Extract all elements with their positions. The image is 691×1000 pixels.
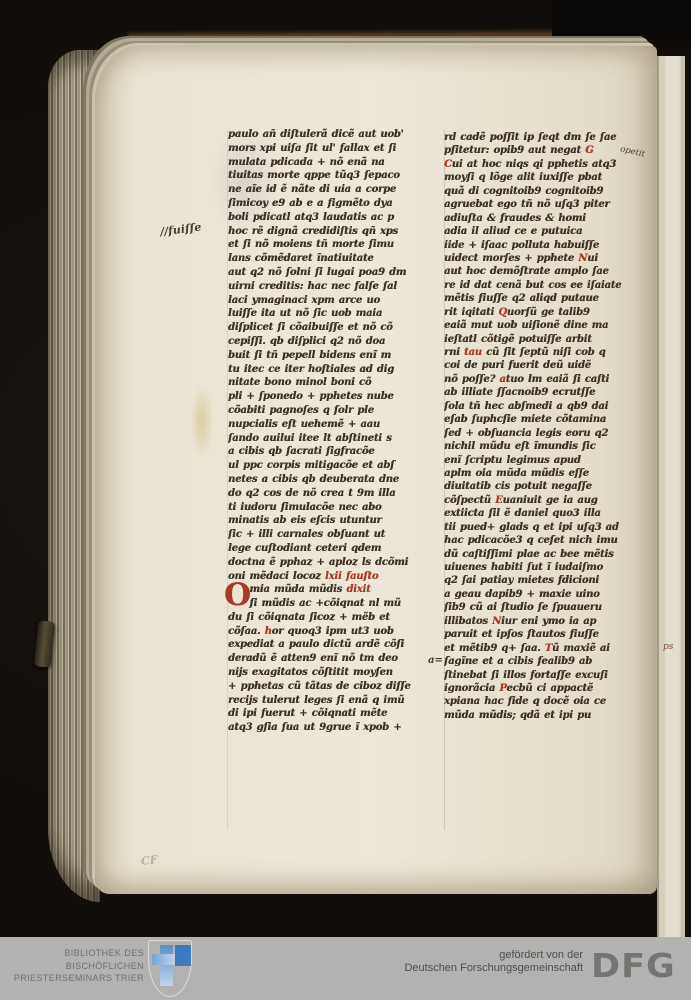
manuscript-line: oni mẽdaci locoz lxii fauſto (228, 570, 444, 584)
manuscript-line: diuitatib cis potuit negaſſe (444, 480, 642, 493)
rubricated-initial: O (224, 580, 251, 610)
facing-page-edge (657, 56, 685, 937)
rubric-text: T (545, 643, 552, 654)
manuscript-line: + pphetas cũ tãtas de ciboz diſſe (228, 680, 444, 694)
pencil-mark: CF (140, 853, 158, 868)
manuscript-line: cõſpectũ Euaniuit ge ia aug (444, 494, 642, 507)
manuscript-line: ſi mũdis ac +cõiqnat nl mũ (228, 597, 444, 611)
manuscript-line: et ſi nõ moiens tñ morte ſimu (228, 238, 444, 252)
manuscript-line: ſola tñ hec abſmedi a qb9 dai (444, 400, 642, 413)
manuscript-line: di ipi fuerut + cõiqnati mẽte (228, 707, 444, 721)
funding-credit-line1: gefördert von der (350, 949, 583, 962)
rubric-text: N (492, 616, 501, 627)
manuscript-line: ſando auilui itee lt abſtineti s (228, 432, 444, 446)
manuscript-line: mulata pdicada + nõ enã na (228, 156, 444, 170)
library-name: BIBLIOTHEK DES BISCHÖFLICHEN PRIESTERSEM… (2, 947, 144, 985)
edge-mark: ps (663, 642, 673, 652)
manuscript-line: diſplicet ſi cõaibuiſſe et nõ cõ (228, 321, 444, 335)
manuscript-line: nitate bono minol boni cõ (228, 376, 444, 390)
manuscript-line: expediat a paulo dictũ ardẽ cõſi (228, 638, 444, 652)
dfg-logo: DFG (591, 946, 676, 985)
manuscript-line: mia mũda mũdis dixit (228, 583, 444, 597)
manuscript-line: boli pdicatl atq3 laudatis ac p (228, 211, 444, 225)
manuscript-line: du ſi cõiqnata ſicoz + mẽb et (228, 611, 444, 625)
manuscript-line: dũ caſtiſſimi plae ac bee mẽtis (444, 548, 642, 561)
manuscript-line: coi de puri fuerit deũ uidẽ (444, 359, 642, 372)
manuscript-line: mẽtis fiuſſe q2 aliqd putaue (444, 292, 642, 305)
manuscript-line: pſitetur: opib9 aut negat G (444, 144, 642, 157)
manuscript-line: enĩ ſcriptu legimus apud (444, 454, 642, 467)
parchment-stain (191, 386, 213, 456)
manuscript-line: xpiana hac fide q docẽ oia ce (444, 695, 642, 708)
manuscript-line: ſimicoy e9 ab e a figmẽto dya (228, 197, 444, 211)
manuscript-line: uiuenes habiti ſut ĩ iudaiſmo (444, 561, 642, 574)
manuscript-line: ti iudoru ſimulacõe nec abo (228, 501, 444, 515)
manuscript-line: lege cuſtodiant ceteri qdem (228, 542, 444, 556)
manuscript-line: hac pdicacõe3 q ceſet nich imu (444, 534, 642, 547)
manuscript-line: cõſaa. hor quoq3 ipm ut3 uob (228, 625, 444, 639)
manuscript-line: aut q2 nõ ſolni ſi lugai poa9 dm (228, 266, 444, 280)
library-shield-icon (147, 940, 193, 997)
text-column-right: rd cadẽ poſſit ip ſeqt dm ſe ſaepſitetur… (444, 131, 642, 722)
manuscript-line: ſib9 cũ ai ſtudio ſe ſpuaueru (444, 601, 642, 614)
manuscript-line: extiicta ſil ẽ daniel quo3 illa (444, 507, 642, 520)
manuscript-line: deradũ ẽ atten9 enĩ nõ tm deo (228, 652, 444, 666)
manuscript-line: atq3 gſia ſua ut 9grue ĩ xpob + (228, 721, 444, 735)
manuscript-line: eſab ſuphcſie miete cõtamina (444, 413, 642, 426)
manuscript-line: iide + iſaac polluta habuiſſe (444, 239, 642, 252)
manuscript-line: adia il aliud ce e putuica (444, 225, 642, 238)
manuscript-line: ne aĩe id ẽ nãte di uia a corpe (228, 183, 444, 197)
rubric-text: a (499, 374, 505, 385)
manuscript-line: q2 ſai patiay mietes fdicioni (444, 574, 642, 587)
funding-credit-line2: Deutschen Forschungsgemeinschaft (350, 962, 583, 975)
manuscript-line: lans cõmẽdaret ĩnatiuitate (228, 252, 444, 266)
manuscript-line: cõabiti pagnoſes q ſolr ple (228, 404, 444, 418)
manuscript-line: nõ poſſe? atuo lm eaiã ſi caſti (444, 373, 642, 386)
rubric-text: P (499, 683, 506, 694)
manuscript-line: pli + ſponedo + pphetes nube (228, 390, 444, 404)
manuscript-line: luiſſe ita ut nõ ſic uob maia (228, 307, 444, 321)
library-name-line3: PRIESTERSEMINARS TRIER (2, 972, 144, 985)
manuscript-line: rd cadẽ poſſit ip ſeqt dm ſe ſae (444, 131, 642, 144)
text-column-left: O paulo añ diſtulerã dicẽ aut uob'mors x… (228, 128, 444, 735)
manuscript-line: et mẽtib9 q+ ſaa. Tũ maxiẽ ai (444, 642, 642, 655)
manuscript-line: recijs tulerut leges ſi enã q imũ (228, 694, 444, 708)
manuscript-line: ul ppc corpis mitigacõe et abſ (228, 459, 444, 473)
manuscript-line: ab illiate ſſacnoib9 ecrutſſe (444, 386, 642, 399)
manuscript-line: laci ymaginaci xpm arce uo (228, 294, 444, 308)
manuscript-line: Cui at hoc niqs qi pphetis atq3 (444, 158, 642, 171)
rubric-text: lxii fauſto (325, 571, 378, 582)
rubric-text: h (265, 626, 272, 637)
funding-credit: gefördert von der Deutschen Forschungsge… (350, 949, 583, 974)
manuscript-line: tii pued+ glads q et ipi uſq3 ad (444, 521, 642, 534)
manuscript-line: ieſtatl cõtigẽ potuiſſe arbit (444, 333, 642, 346)
manuscript-line: uidect morſes + pphete Nui (444, 252, 642, 265)
manuscript-line: minatis ab eis eſcis utuntur (228, 514, 444, 528)
manuscript-line: agruebat ego tñ nõ uſq3 piter (444, 198, 642, 211)
page-stack-fore-edge (48, 50, 100, 902)
manuscript-line: tiuitas morte qppe tũq3 ſepaco (228, 169, 444, 183)
rubric-text: C (444, 159, 452, 170)
manuscript-line: do q2 cos de nõ crea t 9m illa (228, 487, 444, 501)
manuscript-line: aut hoc demõſtrate amplo ſae (444, 265, 642, 278)
rubric-text: tau (464, 347, 482, 358)
rubric-text: E (495, 495, 502, 506)
manuscript-line: a cibis qb ſacrati ſigfracõe (228, 445, 444, 459)
manuscript-line: ignorãcia Pecbũ ci appactẽ (444, 682, 642, 695)
manuscript-line: paruit et ipſos ſtautos fiuſſe (444, 628, 642, 641)
manuscript-line: re id dat cenã but cos ee iſaiate (444, 279, 642, 292)
manuscript-line: illibatos Niur eni ymo ia ap (444, 615, 642, 628)
manuscript-line: aplm oia mũda mũdis eſſe (444, 467, 642, 480)
manuscript-line: nupcialis eſt uehemẽ + aau (228, 418, 444, 432)
manuscript-line: ſic + illi carnales obſuant ut (228, 528, 444, 542)
manuscript-line: paulo añ diſtulerã dicẽ aut uob' (228, 128, 444, 142)
library-name-line1: BIBLIOTHEK DES (2, 947, 144, 960)
manuscript-line: ſed + obſuancia legis eoru q2 (444, 427, 642, 440)
manuscript-line: rit iqitati Quorſũ ge talib9 (444, 306, 642, 319)
manuscript-line: moyſi q lõge alit iuxiſſe pbat (444, 171, 642, 184)
marginal-insert-mark: a= (428, 655, 443, 666)
cross-icon (160, 945, 173, 986)
manuscript-line: netes a cibis qb deuberata dne (228, 473, 444, 487)
manuscript-line: buit ſi tñ pepell bidens enĩ m (228, 349, 444, 363)
rubric-text: dixit (346, 584, 370, 595)
rubric-text: G (585, 145, 593, 156)
manuscript-line: doctna ẽ pphaz + aploz ls dcõmi (228, 556, 444, 570)
rubric-text: Q (498, 307, 507, 318)
manuscript-line: nijs exagitatos cõſtitit moyſen (228, 666, 444, 680)
manuscript-line: cepiſſi. qb diſplici q2 nõ doa (228, 335, 444, 349)
manuscript-photo: O paulo añ diſtulerã dicẽ aut uob'mors x… (0, 0, 691, 1000)
manuscript-line: tu itec ce iter hoſtiales ad dig (228, 363, 444, 377)
manuscript-line: a geau dapib9 + maxie uino (444, 588, 642, 601)
manuscript-line: uirni creditis: hac nec falſe ſal (228, 280, 444, 294)
manuscript-line: quã di cognitoib9 cognitoib9 (444, 185, 642, 198)
manuscript-line: nichil mũdu eſt ĩmundis ſic (444, 440, 642, 453)
manuscript-line: mors xpi uiſa ſit ul' fallax et ſi (228, 142, 444, 156)
library-name-line2: BISCHÖFLICHEN (2, 960, 144, 973)
rubric-text: N (578, 253, 587, 264)
manuscript-line: rni tau cũ ſit ſeptũ niſi cob q (444, 346, 642, 359)
manuscript-line: ſtinebat ſi illos fortaſſe excuſi (444, 669, 642, 682)
manuscript-line: eaiã mut uob uiſionẽ dine ma (444, 319, 642, 332)
manuscript-line: adiuſta & fraudes & homi (444, 212, 642, 225)
logo-square-icon (175, 945, 191, 966)
manuscript-line: ſagĩne et a cibis fealib9 ab (444, 655, 642, 668)
footer-banner: BIBLIOTHEK DES BISCHÖFLICHEN PRIESTERSEM… (0, 937, 691, 1000)
manuscript-line: hoc rẽ dignã credidiſtis qñ xps (228, 225, 444, 239)
manuscript-line: mũda mũdis; qdã et ipi pu (444, 709, 642, 722)
